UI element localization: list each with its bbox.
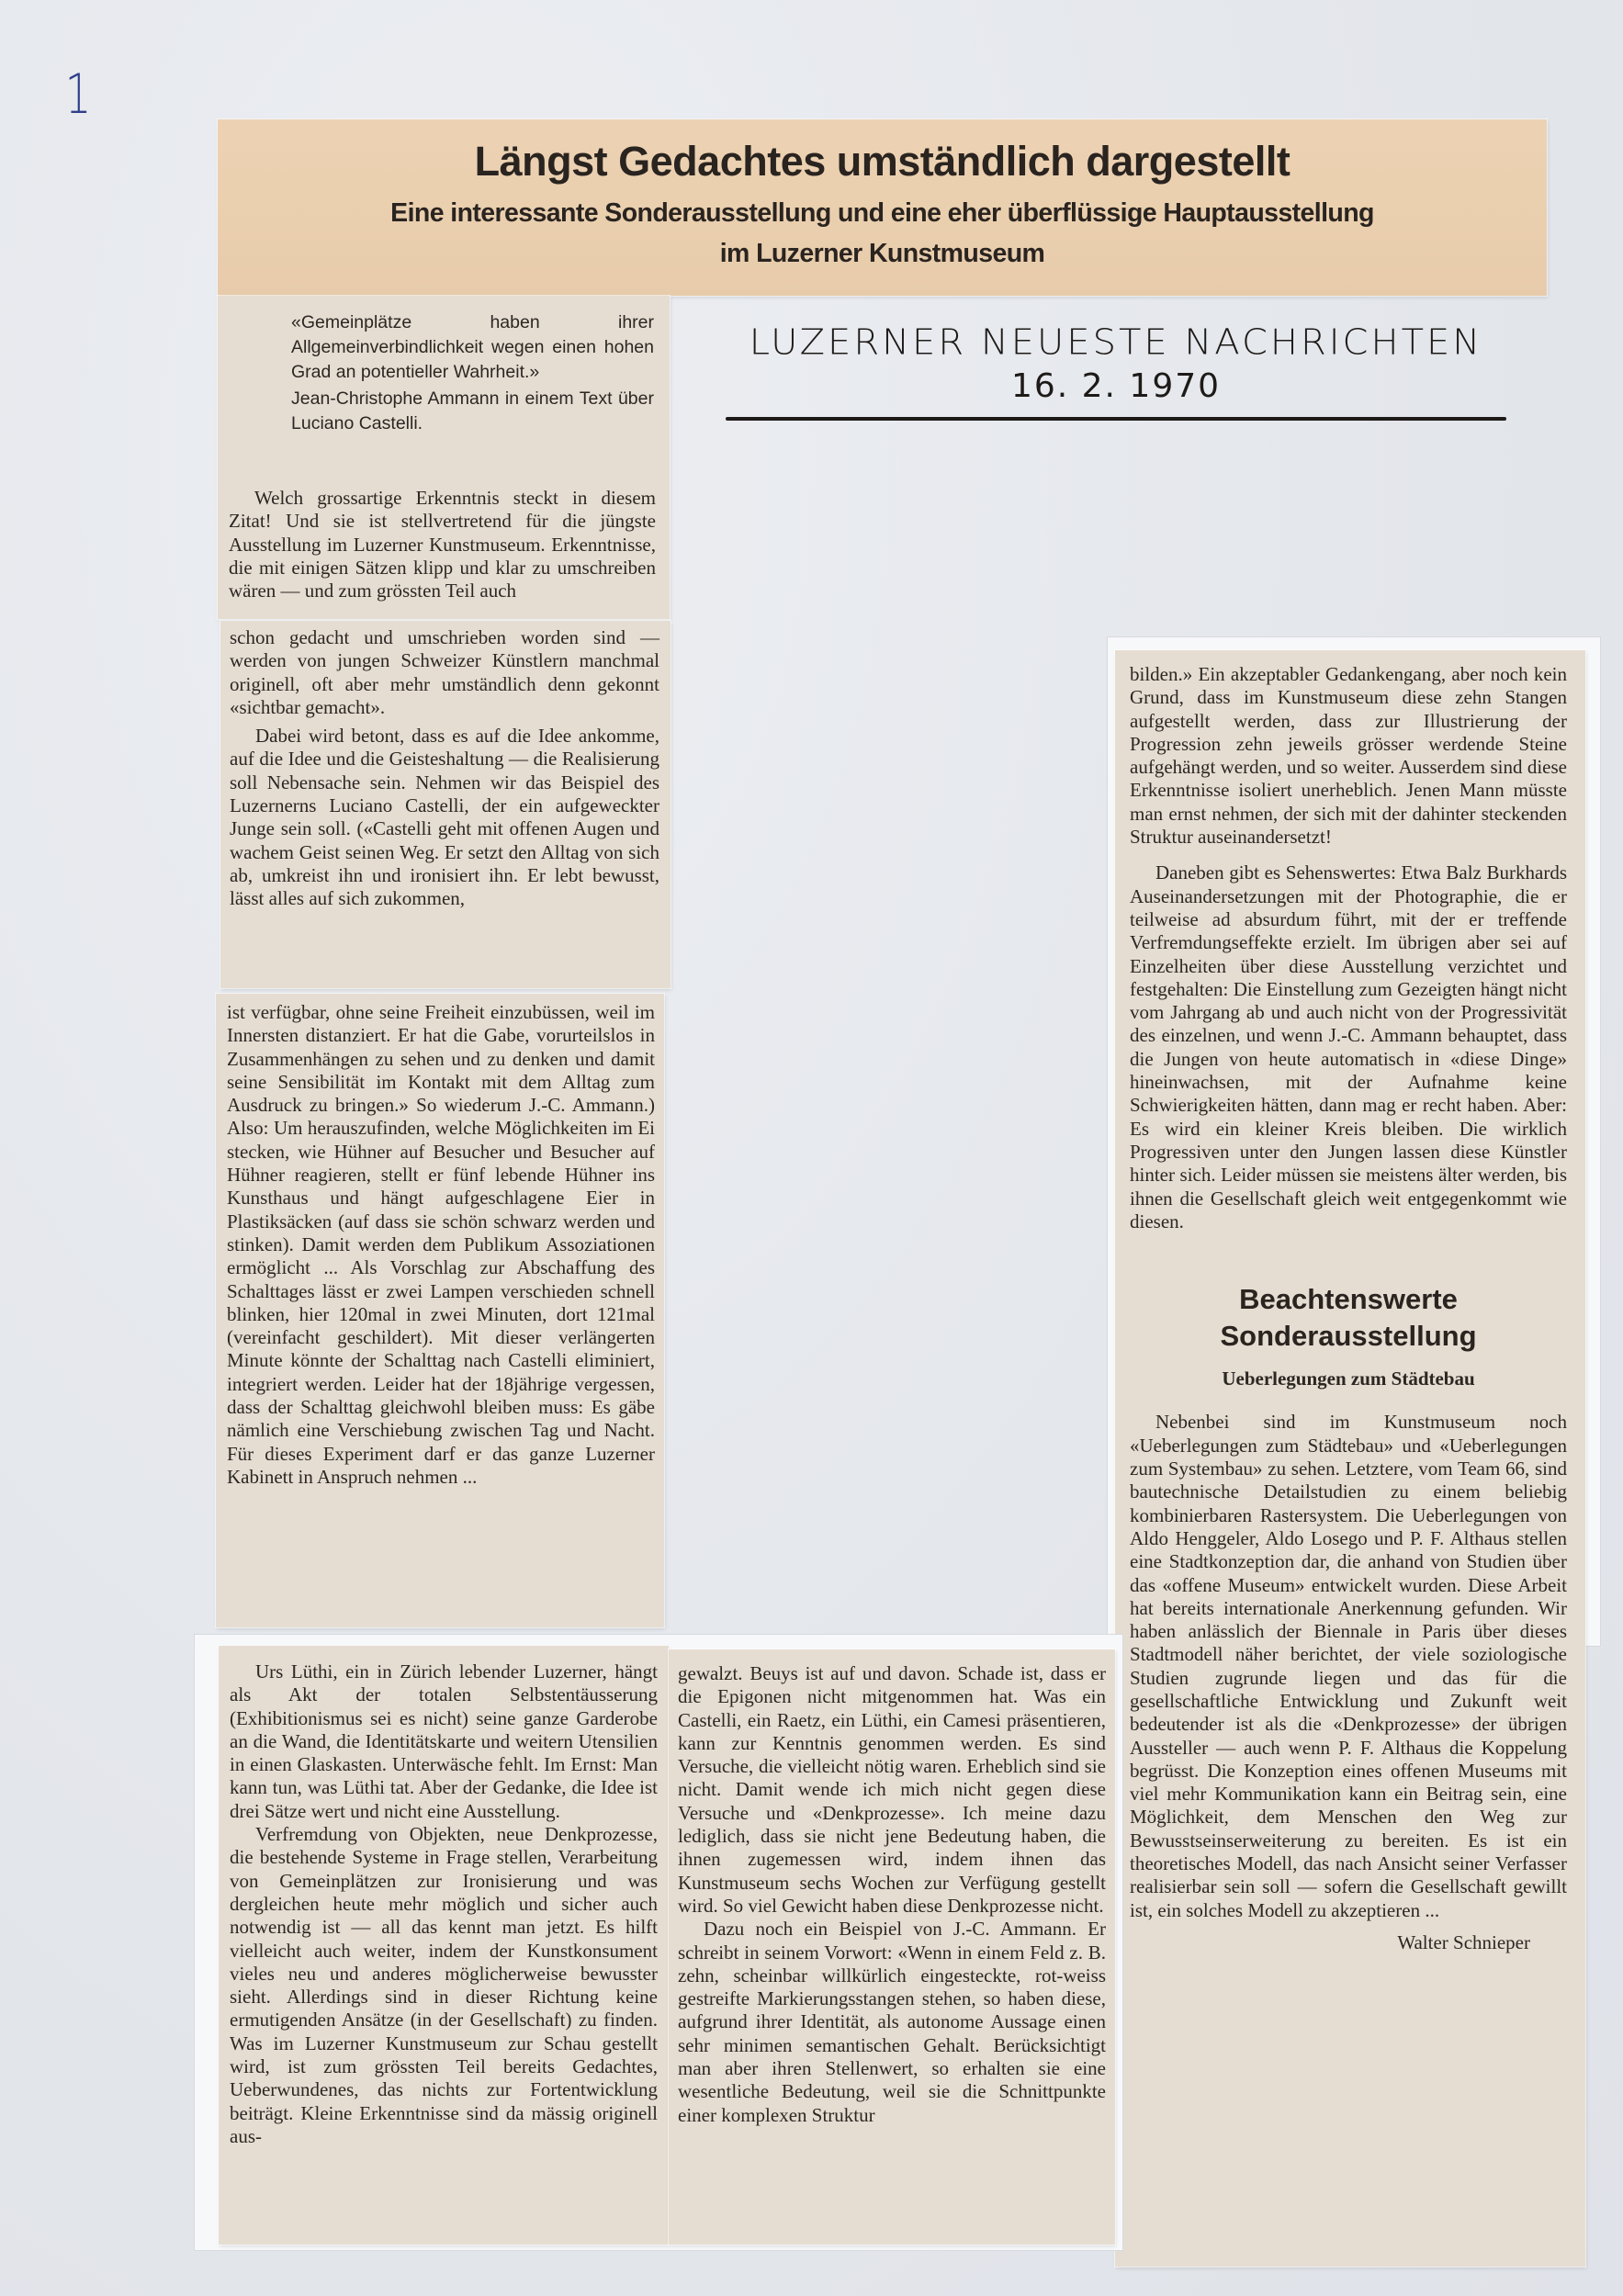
paragraph: schon gedacht und umschrieben worden sin… xyxy=(230,626,659,719)
clipping-bottom-col1: Urs Lüthi, ein in Zürich lebender Luzern… xyxy=(219,1646,669,2245)
publication-date: 16. 2. 1970 xyxy=(726,367,1506,405)
section-title-line-2: Sonderausstellung xyxy=(1130,1318,1567,1355)
column-text: ist verfügbar, ohne seine Freiheit einzu… xyxy=(227,1001,655,1489)
column-text: schon gedacht und umschrieben worden sin… xyxy=(230,626,659,911)
paragraph: Dabei wird betont, dass es auf die Idee … xyxy=(230,725,659,910)
column-text: bilden.» Ein akzeptabler Gedankengang, a… xyxy=(1130,663,1567,1954)
paragraph: Verfremdung von Objekten, neue Denkproze… xyxy=(230,1823,658,2148)
article-subheadline: Eine interessante Sonderausstellung und … xyxy=(218,193,1547,274)
column-text: Welch grossartige Erkenntnis steckt in d… xyxy=(229,487,656,602)
newspaper-name: LUZERNER NEUESTE NACHRICHTEN xyxy=(726,322,1506,363)
epigraph-quote: «Gemeinplätze haben ihrer Allgemeinverbi… xyxy=(291,310,654,385)
handwritten-source-note: LUZERNER NEUESTE NACHRICHTEN 16. 2. 1970 xyxy=(726,321,1506,405)
article-headline: Längst Gedachtes umständlich dargestellt xyxy=(218,138,1547,186)
paragraph: Urs Lüthi, ein in Zürich lebender Luzern… xyxy=(230,1660,658,1823)
paragraph: ist verfügbar, ohne seine Freiheit einzu… xyxy=(227,1001,655,1489)
author-byline: Walter Schnieper xyxy=(1130,1931,1567,1954)
section-title: Beachtenswerte Sonderausstellung xyxy=(1130,1281,1567,1355)
section-subtitle: Ueberlegungen zum Städtebau xyxy=(1130,1367,1567,1390)
paragraph: Nebenbei sind im Kunstmuseum noch «Ueber… xyxy=(1130,1411,1567,1922)
page-number: 1 xyxy=(65,62,92,127)
epigraph: «Gemeinplätze haben ihrer Allgemeinverbi… xyxy=(291,310,654,436)
column-text: Urs Lüthi, ein in Zürich lebender Luzern… xyxy=(230,1660,658,2148)
clipping-right-column: bilden.» Ein akzeptabler Gedankengang, a… xyxy=(1115,650,1585,2267)
headline-clipping: Längst Gedachtes umständlich dargestellt… xyxy=(218,119,1547,296)
section-title-line-1: Beachtenswerte xyxy=(1130,1281,1567,1318)
paragraph: Daneben gibt es Sehenswertes: Etwa Balz … xyxy=(1130,861,1567,1233)
clipping-bottom-col2: gewalzt. Beuys ist auf und davon. Schade… xyxy=(669,1649,1115,2245)
column-text: gewalzt. Beuys ist auf und davon. Schade… xyxy=(678,1662,1106,2127)
clipping-col1-top: «Gemeinplätze haben ihrer Allgemeinverbi… xyxy=(218,296,670,619)
handwritten-underline xyxy=(726,417,1506,421)
paragraph: bilden.» Ein akzeptabler Gedankengang, a… xyxy=(1130,663,1567,849)
epigraph-attribution: Jean-Christophe Ammann in einem Text übe… xyxy=(291,387,654,436)
paragraph: Dazu noch ein Beispiel von J.-C. Ammann.… xyxy=(678,1918,1106,2127)
subheadline-line-1: Eine interessante Sonderausstellung und … xyxy=(218,193,1547,233)
paragraph: Welch grossartige Erkenntnis steckt in d… xyxy=(229,487,656,602)
subheadline-line-2: im Luzerner Kunstmuseum xyxy=(218,233,1547,274)
paragraph: gewalzt. Beuys ist auf und davon. Schade… xyxy=(678,1662,1106,1918)
clipping-col1-bottom: ist verfügbar, ohne seine Freiheit einzu… xyxy=(216,994,664,1627)
clipping-col1-middle: schon gedacht und umschrieben worden sin… xyxy=(220,621,671,988)
